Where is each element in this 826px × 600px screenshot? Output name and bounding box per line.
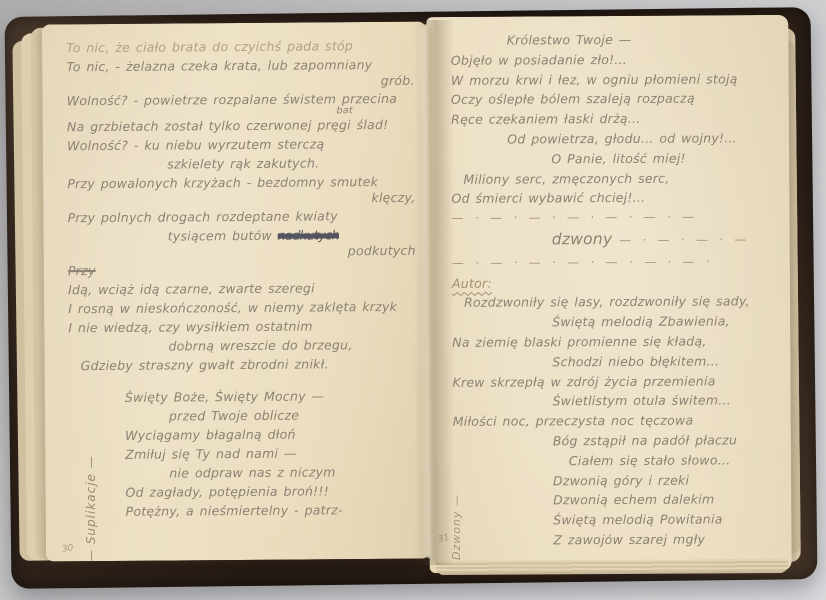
poem-line: W morzu krwi i łez, w ogniu płomieni sto… <box>451 69 779 91</box>
poem-line: Święty Boże, Święty Mocny — <box>69 386 421 407</box>
poem-line: Od zagłady, potępienia broń!!! <box>69 481 421 502</box>
left-page-text: To nic, że ciało brata do czyichś pada s… <box>66 36 421 521</box>
poem-line: dzwony — · — · — · — <box>452 227 780 254</box>
poem-line: Rozdzwoniły się lasy, rozdzwoniły się sa… <box>452 292 780 314</box>
poem-line: Bóg zstąpił na padół płaczu <box>453 430 781 452</box>
poem-line: Miliony serc, zmęczonych serc, <box>451 168 779 190</box>
poem-line: Schodzi niebo błękitem... <box>452 351 780 373</box>
poem-line: Objęło w posiadanie zło!... <box>451 49 779 71</box>
photo-backdrop: To nic, że ciało brata do czyichś pada s… <box>0 0 826 600</box>
page-block-edge <box>436 559 788 575</box>
poem-line-segment: — · — · — · — <box>619 232 749 247</box>
poem-line: szkielety rąk zakutych. <box>67 153 419 174</box>
poem-line: Idą, wciąż idą czarne, zwarte szeregi <box>68 278 420 299</box>
poem-line: Królestwo Twoje — <box>451 29 779 51</box>
poem-line: przed Twoje oblicze <box>69 405 421 426</box>
poem-line: Od powietrza, głodu... od wojny!... <box>451 128 779 150</box>
poem-line: Dzwonią góry i rzeki <box>453 470 781 492</box>
poem-line: Ciałem się stało słowo... <box>453 450 781 472</box>
poem-line: Krew skrzepłą w zdrój życia przemienia <box>452 371 780 393</box>
poem-line: Dzwonią echem dalekim <box>453 489 781 511</box>
poem-line: Wolność? - powietrze rozpalane świstem p… <box>67 89 419 110</box>
poem-line: Przy powalonych krzyżach - bezdomny smut… <box>67 172 419 193</box>
poem-line-segment: tysiącem butów <box>168 228 278 244</box>
poem-line: Gdzieby straszny gwałt zbrodni znikł. <box>69 354 421 375</box>
poem-line: Od śmierci wybawić chciej!... <box>451 188 779 210</box>
poem-line: Na ziemię blaski promienne się kładą, <box>452 331 780 353</box>
poem-line-segment: dzwony <box>552 230 619 248</box>
poem-line: Autor: <box>452 272 780 294</box>
poem-line: nie odpraw nas z niczym <box>69 462 421 483</box>
poem-line: Świętą melodią Powitania <box>453 509 781 531</box>
poem-line: Potężny, a nieśmiertelny - patrz- <box>70 500 422 521</box>
page-number-left: 30 <box>61 543 74 554</box>
poem-line: To nic, że ciało brata do czyichś pada s… <box>66 36 418 57</box>
poem-line: Świetlistym otula świtem... <box>453 390 781 412</box>
poem-line-segment: Autor: <box>452 275 492 290</box>
poem-line: O Panie, litość miej! <box>451 148 779 170</box>
margin-label-suplikacje: — Suplikacje — <box>84 455 98 562</box>
poem-line: Świętą melodią Zbawienia, <box>452 311 780 333</box>
margin-label-dzwony: Dzwony — <box>450 494 463 560</box>
poem-line: dobrną wreszcie do brzegu, <box>68 335 420 356</box>
poem-line: I rosną w nieskończoność, w niemy zaklęt… <box>68 297 420 318</box>
poem-line: — · — · — · — · — · — · — · <box>452 252 780 274</box>
poem-line: Wyciągamy błagalną dłoń <box>69 424 421 445</box>
poem-line: To nic, - żelazna czeka krata, lub zapom… <box>66 55 418 76</box>
poem-line: Przy polnych drogach rozdeptane kwiaty <box>68 206 420 227</box>
poem-line: Z zawojów szarej mgły <box>453 529 781 551</box>
poem-line: Ręce czekaniem łaski drżą... <box>451 108 779 130</box>
poem-line: Na grzbietach został tylko czerwonej prę… <box>67 115 419 136</box>
poem-line: Miłości noc, przeczysta noc tęczowa <box>453 410 781 432</box>
poem-line-segment: nadkutych <box>278 227 339 242</box>
poem-line: Przy <box>68 261 108 280</box>
poem-line: Zmiłuj się Ty nad nami — <box>69 443 421 464</box>
poem-line: podkutych <box>68 244 420 261</box>
poem-line: — · — · — · — · — · — · — <box>452 207 780 229</box>
poem-line: Oczy oślepłe bólem szaleją rozpaczą <box>451 89 779 111</box>
right-page-text: Królestwo Twoje —Objęło w posiadanie zło… <box>451 29 782 550</box>
poem-line: I nie wiedzą, czy wysiłkiem ostatnim <box>68 316 420 337</box>
poem-line: Wolność? - ku niebu wyrzutem sterczą <box>67 134 419 155</box>
